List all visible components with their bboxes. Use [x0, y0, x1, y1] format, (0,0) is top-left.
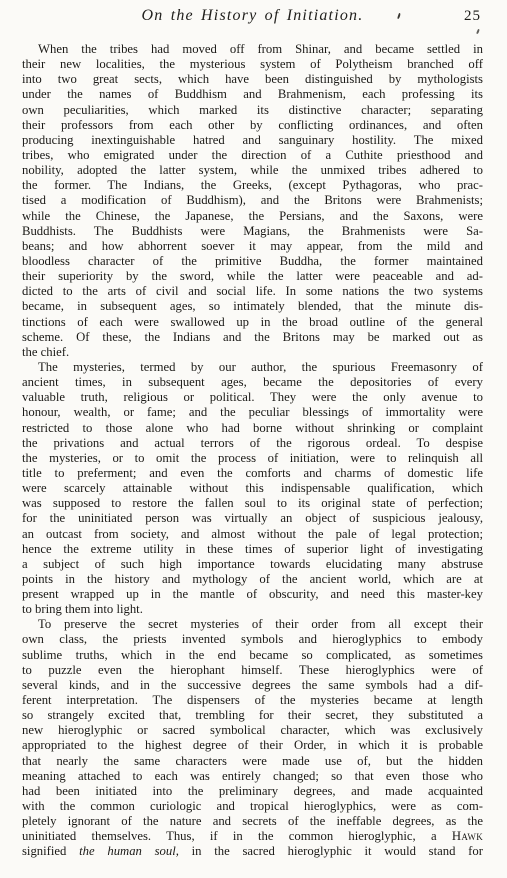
text-segment: appropriated to the highest degree of th…: [22, 738, 483, 752]
text-line: ancient times, in subsequent ages, becam…: [22, 375, 483, 390]
text-segment: signified: [22, 844, 79, 858]
text-segment: the chief.: [22, 345, 69, 359]
text-line: the chief.: [22, 345, 483, 360]
text-segment: ferent interpretation. The dispensers of…: [22, 693, 483, 707]
text-line: under the names of Buddhism and Brahmeni…: [22, 87, 483, 102]
text-segment: with the common curiologic and tropical …: [22, 799, 483, 813]
text-line: were scarcely attainable without this in…: [22, 481, 483, 496]
text-segment: present wrapped up in the mantle of obsc…: [22, 587, 483, 601]
text-segment: sublime truths, which in the end became …: [22, 648, 483, 662]
text-segment: an outcast from society, and almost with…: [22, 527, 483, 541]
text-segment: had been initiated into the preliminary …: [22, 784, 483, 798]
text-line: honour, wealth, or fame; and the peculia…: [22, 405, 483, 420]
page-number: 25: [464, 8, 481, 25]
text-segment: bloodless character of the primitive Bud…: [22, 254, 483, 268]
text-segment: ancient times, in subsequent ages, becam…: [22, 375, 483, 389]
text-segment: while the Chinese, the Japanese, the Per…: [22, 209, 483, 223]
paragraph-3: To preserve the secret mysteries of thei…: [22, 617, 483, 859]
text-line: restricted to those alone who had borne …: [22, 421, 483, 436]
text-segment: to puzzle even the hierophant himself. T…: [22, 663, 483, 677]
text-line: sublime truths, which in the end became …: [22, 648, 483, 663]
text-line: the former. The Indians, the Greeks, (ex…: [22, 178, 483, 193]
small-caps-text: Hawk: [452, 829, 483, 843]
text-line: uninitiated themselves. Thus, if in the …: [22, 829, 483, 844]
text-line: with the common curiologic and tropical …: [22, 799, 483, 814]
text-segment: that nearly the same characters were mad…: [22, 754, 483, 768]
text-line: while the Chinese, the Japanese, the Per…: [22, 209, 483, 224]
text-line: their professors from each other by conf…: [22, 118, 483, 133]
text-line: nobility, adopted the latter system, whi…: [22, 163, 483, 178]
text-line: so strangely excited that, trembling for…: [22, 708, 483, 723]
text-line: their superiority by the sword, while th…: [22, 269, 483, 284]
page-header: On the History of Initiation. 25: [22, 7, 483, 29]
text-segment: so strangely excited that, trembling for…: [22, 708, 483, 722]
text-segment: title to preferment; and even the comfor…: [22, 466, 483, 480]
text-line: present wrapped up in the mantle of obsc…: [22, 587, 483, 602]
text-segment: beans; and how abhorrent soever it may a…: [22, 239, 483, 253]
text-segment: the former. The Indians, the Greeks, (ex…: [22, 178, 483, 192]
text-segment: uninitiated themselves. Thus, if in the …: [22, 829, 452, 843]
text-segment: Buddhists. The Buddhists were Magians, t…: [22, 224, 483, 238]
text-segment: were scarcely attainable without this in…: [22, 481, 483, 495]
text-line: into two great sects, which have been di…: [22, 72, 483, 87]
text-line: signified the human soul, in the sacred …: [22, 844, 483, 859]
text-segment: tinctions of each were swallowed up in t…: [22, 315, 483, 329]
text-segment: When the tribes had moved off from Shina…: [38, 42, 483, 56]
text-segment: under the names of Buddhism and Brahmeni…: [22, 87, 483, 101]
text-line: hence the extreme utility in these times…: [22, 542, 483, 557]
text-segment: was supposed to restore the fallen soul …: [22, 496, 483, 510]
text-line: tised a modification of Buddhism), and t…: [22, 193, 483, 208]
text-segment: The mysteries, termed by our author, the…: [38, 360, 483, 374]
text-segment: scheme. Of these, the Indians and the Br…: [22, 330, 483, 344]
text-line: When the tribes had moved off from Shina…: [22, 42, 483, 57]
text-segment: producing inextinguishable hatred and sa…: [22, 133, 483, 147]
text-line: a subject of such high importance toward…: [22, 557, 483, 572]
text-segment: hence the extreme utility in these times…: [22, 542, 483, 556]
text-segment: new hieroglyphic or sacred symbolical ch…: [22, 723, 483, 737]
text-line: valuable truth, religious or political. …: [22, 390, 483, 405]
text-segment: pletely ignorant of the nature and secre…: [22, 814, 483, 828]
text-line: their new localities, the mysterious sys…: [22, 57, 483, 72]
text-line: new hieroglyphic or sacred symbolical ch…: [22, 723, 483, 738]
text-segment: own class, the priests invented symbols …: [22, 632, 483, 646]
text-line: the privations and actual terrors of the…: [22, 436, 483, 451]
text-line: pletely ignorant of the nature and secre…: [22, 814, 483, 829]
italic-text: the human soul,: [79, 844, 179, 858]
text-segment: a subject of such high importance toward…: [22, 557, 483, 571]
text-segment: for the uninitiated person was virtually…: [22, 511, 483, 525]
text-segment: meaning attached to each was entirely ch…: [22, 769, 483, 783]
text-segment: into two great sects, which have been di…: [22, 72, 483, 86]
paragraph-2: The mysteries, termed by our author, the…: [22, 360, 483, 617]
text-line: points in the history and mythology of t…: [22, 572, 483, 587]
text-line: appropriated to the highest degree of th…: [22, 738, 483, 753]
paragraph-1: When the tribes had moved off from Shina…: [22, 42, 483, 360]
text-segment: To preserve the secret mysteries of thei…: [38, 617, 483, 631]
text-line: several kinds, and in the successive deg…: [22, 678, 483, 693]
text-line: that nearly the same characters were mad…: [22, 754, 483, 769]
text-segment: the mysteries, or to omit the process of…: [22, 451, 483, 465]
text-line: beans; and how abhorrent soever it may a…: [22, 239, 483, 254]
text-segment: honour, wealth, or fame; and the peculia…: [22, 405, 483, 419]
text-segment: tised a modification of Buddhism), and t…: [22, 193, 483, 207]
text-segment: own peculiarities, which marked its dist…: [22, 103, 483, 117]
scan-artifact: [476, 29, 480, 34]
text-line: to puzzle even the hierophant himself. T…: [22, 663, 483, 678]
text-segment: in the sacred hieroglyphic it would stan…: [179, 844, 483, 858]
text-line: the mysteries, or to omit the process of…: [22, 451, 483, 466]
text-line: bloodless character of the primitive Bud…: [22, 254, 483, 269]
text-line: scheme. Of these, the Indians and the Br…: [22, 330, 483, 345]
running-title: On the History of Initiation.: [22, 7, 483, 25]
text-line: ferent interpretation. The dispensers of…: [22, 693, 483, 708]
text-segment: to bring them into light.: [22, 602, 143, 616]
text-segment: their professors from each other by conf…: [22, 118, 483, 132]
text-segment: restricted to those alone who had borne …: [22, 421, 483, 435]
book-page: On the History of Initiation. 25 When th…: [0, 0, 507, 878]
text-line: title to preferment; and even the comfor…: [22, 466, 483, 481]
text-line: meaning attached to each was entirely ch…: [22, 769, 483, 784]
text-segment: their superiority by the sword, while th…: [22, 269, 483, 283]
text-segment: became, in subsequent ages, so intimatel…: [22, 299, 483, 313]
text-line: dicted to the arts of civil and social l…: [22, 284, 483, 299]
text-line: to bring them into light.: [22, 602, 483, 617]
text-line: producing inextinguishable hatred and sa…: [22, 133, 483, 148]
text-segment: the privations and actual terrors of the…: [22, 436, 483, 450]
text-line: an outcast from society, and almost with…: [22, 527, 483, 542]
text-line: tribes, who emigrated under the directio…: [22, 148, 483, 163]
text-line: had been initiated into the preliminary …: [22, 784, 483, 799]
text-line: tinctions of each were swallowed up in t…: [22, 315, 483, 330]
text-segment: tribes, who emigrated under the directio…: [22, 148, 483, 162]
text-line: became, in subsequent ages, so intimatel…: [22, 299, 483, 314]
text-segment: their new localities, the mysterious sys…: [22, 57, 483, 71]
text-segment: points in the history and mythology of t…: [22, 572, 483, 586]
text-line: own peculiarities, which marked its dist…: [22, 103, 483, 118]
text-line: for the uninitiated person was virtually…: [22, 511, 483, 526]
text-segment: nobility, adopted the latter system, whi…: [22, 163, 483, 177]
text-segment: dicted to the arts of civil and social l…: [22, 284, 483, 298]
text-line: To preserve the secret mysteries of thei…: [22, 617, 483, 632]
text-segment: valuable truth, religious or political. …: [22, 390, 483, 404]
page-body: When the tribes had moved off from Shina…: [22, 42, 483, 860]
text-line: own class, the priests invented symbols …: [22, 632, 483, 647]
text-line: Buddhists. The Buddhists were Magians, t…: [22, 224, 483, 239]
text-line: was supposed to restore the fallen soul …: [22, 496, 483, 511]
text-segment: several kinds, and in the successive deg…: [22, 678, 483, 692]
text-line: The mysteries, termed by our author, the…: [22, 360, 483, 375]
